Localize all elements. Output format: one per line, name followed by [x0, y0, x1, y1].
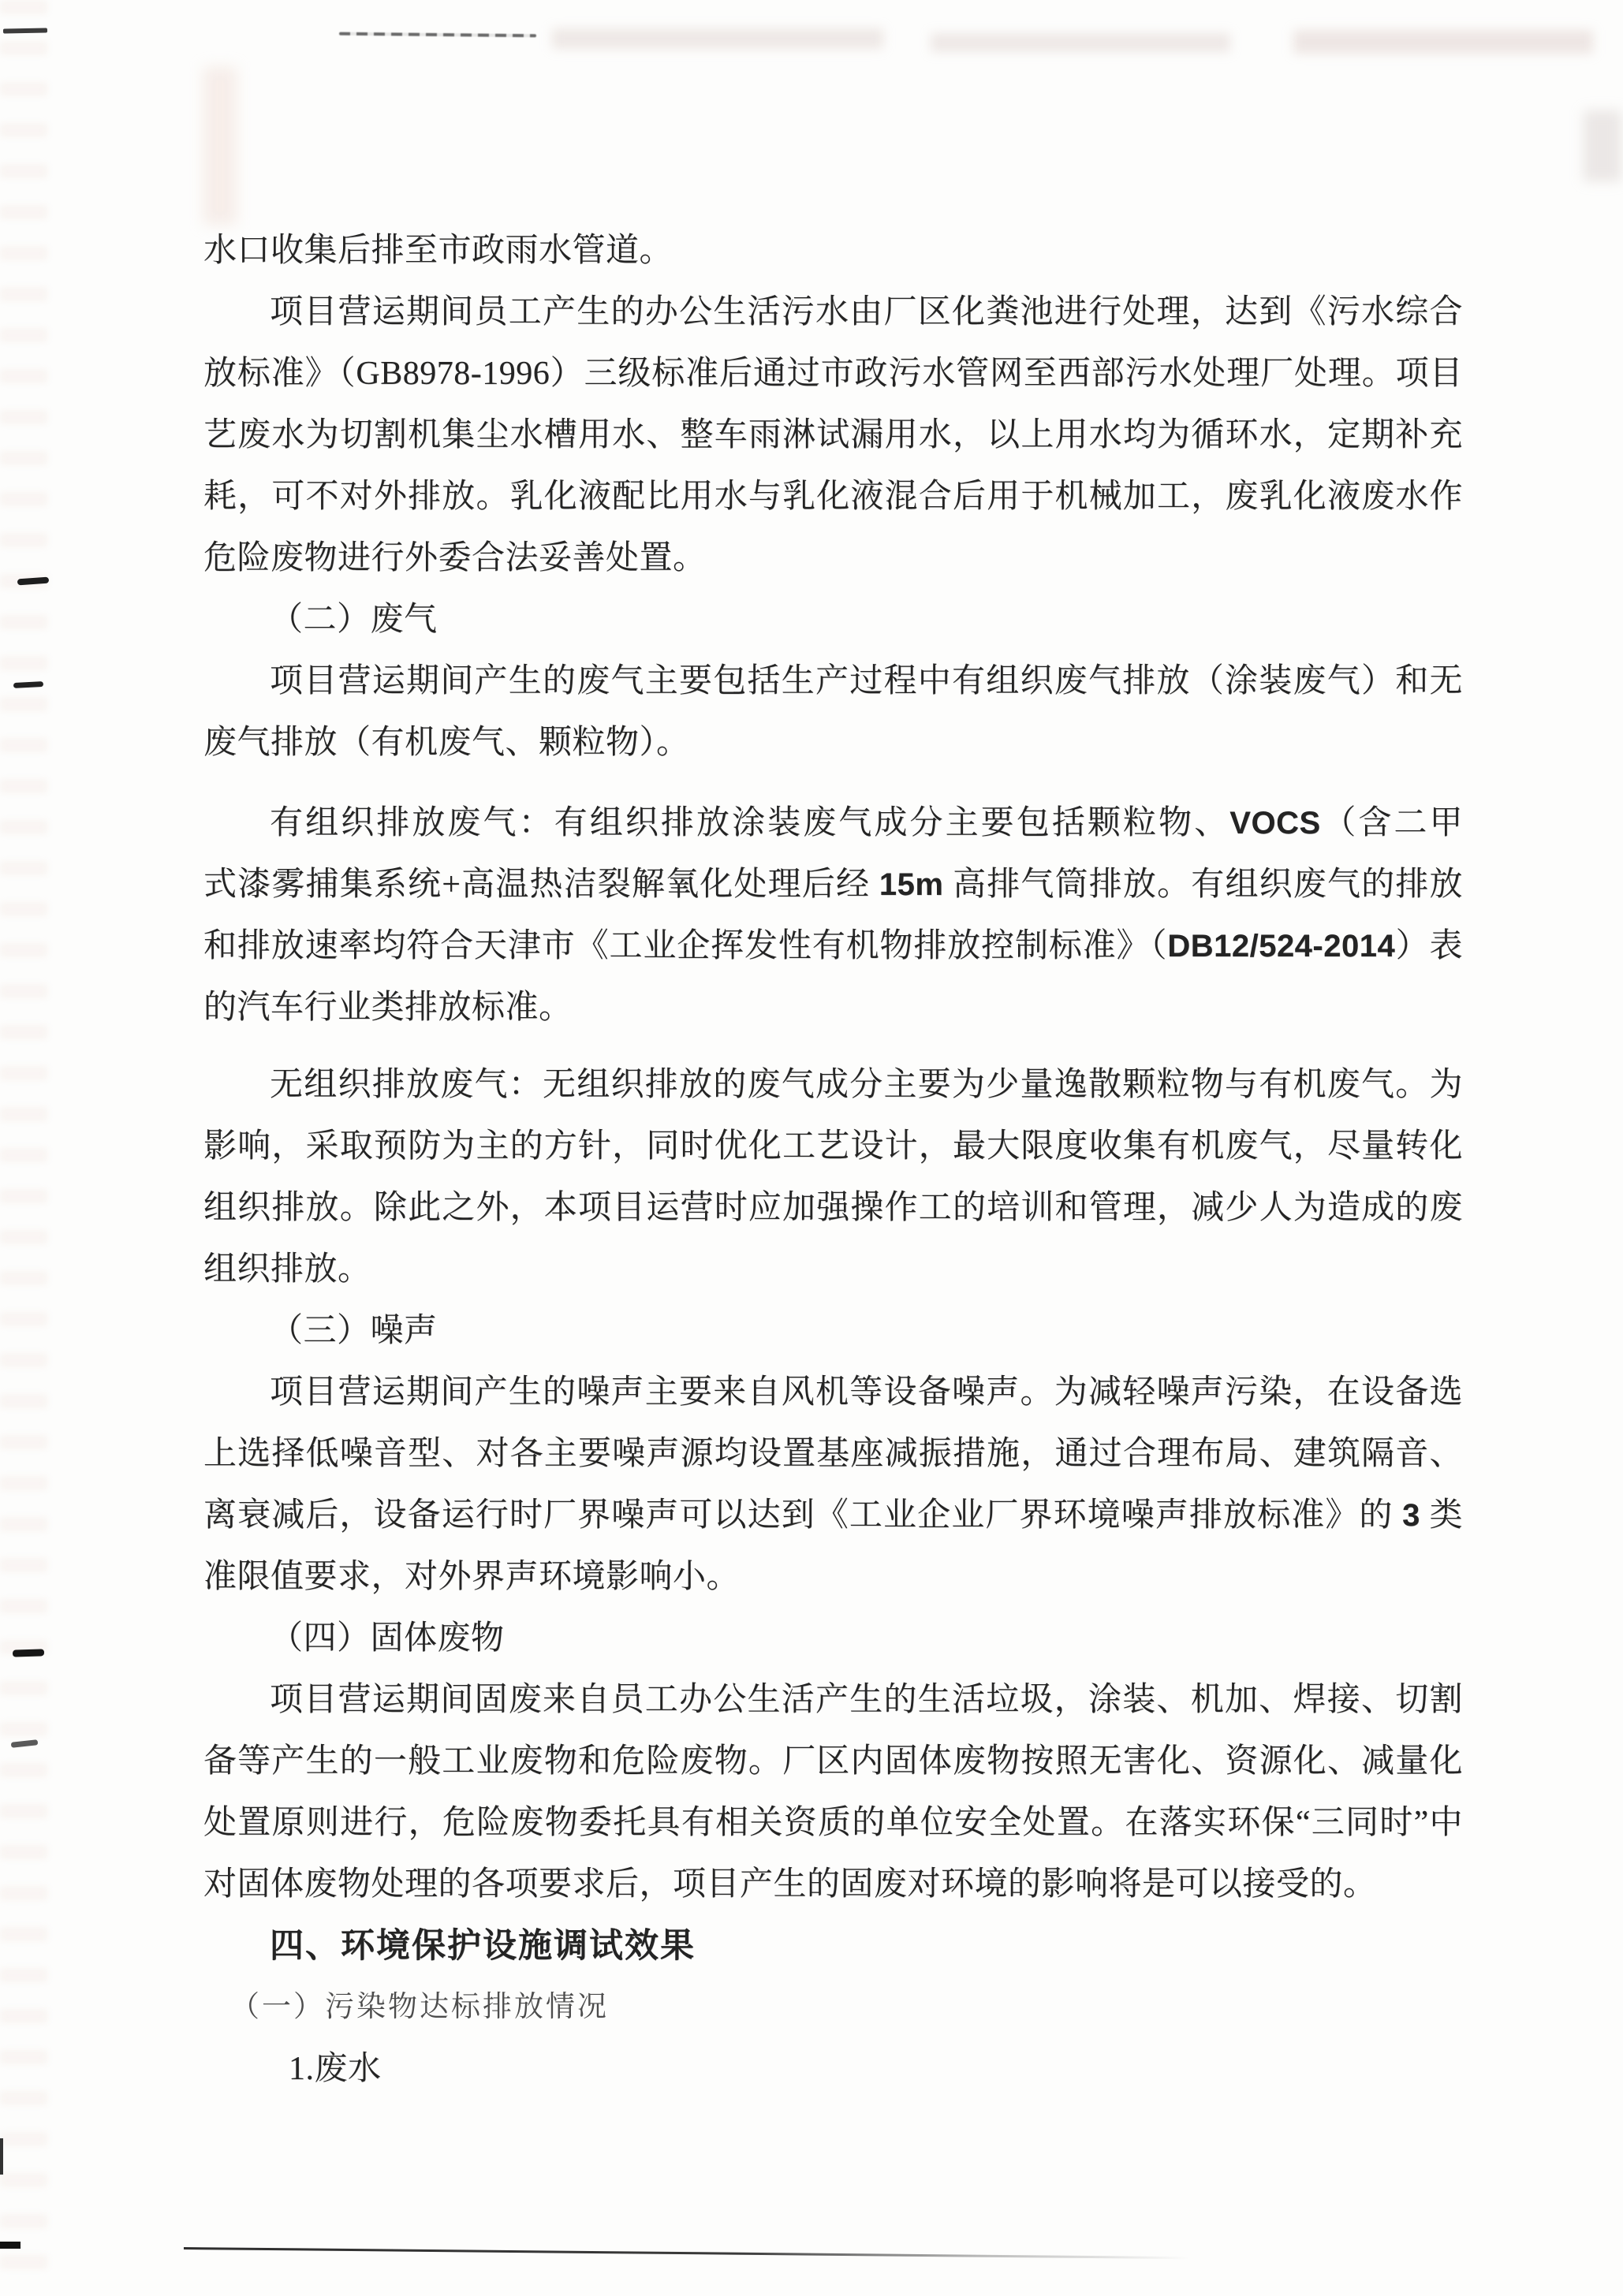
text-run-latin: 15m [879, 867, 944, 902]
body-line: 有组织排放废气：有组织排放涂装废气成分主要包括颗粒物、VOCS（含二甲苯），经干 [203, 792, 1463, 854]
body-line: 和排放速率均符合天津市《工业企挥发性有机物排放控制标准》（DB12/524-20… [203, 915, 1463, 977]
body-line: 的汽车行业类排放标准。 [203, 977, 1463, 1038]
text-run: ）表 [1395, 928, 1463, 964]
scan-artifact-top-smudge [1293, 30, 1593, 54]
subsection-heading-solid-waste: （四）固体废物 [203, 1608, 1463, 1669]
scan-artifact-pink-streak [203, 67, 237, 225]
body-line: 废气排放（有机废气、颗粒物）。 [203, 712, 1463, 773]
subsection-heading-pollutant-compliance: （一）污染物达标排放情况 [203, 1977, 1463, 2038]
body-line: 备等产生的一般工业废物和危险废物。厂区内固体废物按照无害化、资源化、减量化的 [203, 1731, 1463, 1792]
body-line: 艺废水为切割机集尘水槽用水、整车雨淋试漏用水，以上用水均为循环水，定期补充水 [203, 404, 1463, 466]
text-run: 和排放速率均符合天津市《工业企挥发性有机物排放控制标准》（ [203, 928, 1167, 964]
scan-artifact-top-left-dash [3, 28, 47, 34]
body-line: 项目营运期间固废来自员工办公生活产生的生活垃圾，涂装、机加、焊接、切割设 [203, 1669, 1463, 1731]
body-line: 上选择低噪音型、对各主要噪声源均设置基座减振措施，通过合理布局、建筑隔音、距 [203, 1423, 1463, 1485]
body-line: 项目营运期间产生的废气主要包括生产过程中有组织废气排放（涂装废气）和无组织 [203, 650, 1463, 712]
scan-artifact-top-smudge [931, 33, 1230, 52]
body-line: 无组织排放废气：无组织排放的废气成分主要为少量逸散颗粒物与有机废气。为减轻 [203, 1054, 1463, 1116]
scan-artifact-top-scratch-line [339, 32, 536, 38]
body-line: 准限值要求，对外界声环境影响小。 [203, 1546, 1463, 1608]
text-run-latin: 3 [1402, 1498, 1420, 1533]
scan-artifact-margin-dash [13, 1649, 44, 1657]
scan-artifact-right-smudge [1584, 110, 1621, 181]
text-run-latin: VOCS [1229, 806, 1320, 840]
section-heading-chapter-four: 四、环境保护设施调试效果 [203, 1915, 1463, 1977]
body-line: 耗，可不对外排放。乳化液配比用水与乳化液混合后用于机械加工，废乳化液废水作为 [203, 466, 1463, 527]
text-run-latin: DB12/524-2014 [1167, 929, 1395, 963]
text-run: 式漆雾捕集系统+高温热洁裂解氧化处理后经 [203, 867, 879, 903]
scan-artifact-bottom-hairline [184, 2247, 1189, 2259]
body-line: 组织排放。 [203, 1239, 1463, 1300]
numbered-heading-wastewater: 1.废水 [203, 2038, 1463, 2100]
scan-artifact-top-smudge [552, 28, 883, 49]
body-line: 项目营运期间产生的噪声主要来自风机等设备噪声。为减轻噪声污染，在设备选型 [203, 1362, 1463, 1423]
text-run: 离衰减后，设备运行时厂界噪声可以达到《工业企业厂界环境噪声排放标准》的 [203, 1497, 1402, 1534]
subsection-heading-noise: （三）噪声 [203, 1300, 1463, 1362]
subsection-heading-waste-gas: （二）废气 [203, 589, 1463, 650]
body-line: 项目营运期间员工产生的办公生活污水由厂区化粪池进行处理，达到《污水综合排 [203, 281, 1463, 343]
scan-artifact-bottom-left-dash [0, 2242, 21, 2249]
body-line: 式漆雾捕集系统+高温热洁裂解氧化处理后经 15m 高排气筒排放。有组织废气的排放… [203, 854, 1463, 915]
body-line: 对固体废物处理的各项要求后，项目产生的固废对环境的影响将是可以接受的。 [203, 1854, 1463, 1915]
body-line: 离衰减后，设备运行时厂界噪声可以达到《工业企业厂界环境噪声排放标准》的 3 类标 [203, 1485, 1463, 1546]
text-run: 有组织排放废气：有组织排放涂装废气成分主要包括颗粒物、 [270, 805, 1229, 841]
scan-artifact-bottom-left-line [0, 2138, 3, 2175]
body-line: 处置原则进行，危险废物委托具有相关资质的单位安全处置。在落实环保“三同时”中 [203, 1792, 1463, 1854]
document-body: 水口收集后排至市政雨水管道。 项目营运期间员工产生的办公生活污水由厂区化粪池进行… [203, 220, 1463, 2100]
body-line: 水口收集后排至市政雨水管道。 [203, 220, 1463, 281]
body-line: 组织排放。除此之外，本项目运营时应加强操作工的培训和管理，减少人为造成的废气无 [203, 1177, 1463, 1239]
body-line: 放标准》（GB8978-1996）三级标准后通过市政污水管网至西部污水处理厂处理… [203, 343, 1463, 404]
body-line: 影响，采取预防为主的方针，同时优化工艺设计，最大限度收集有机废气，尽量转化成有 [203, 1116, 1463, 1177]
scanned-document-page: 水口收集后排至市政雨水管道。 项目营运期间员工产生的办公生活污水由厂区化粪池进行… [0, 0, 1623, 2296]
body-line: 危险废物进行外委合法妥善处置。 [203, 527, 1463, 589]
scan-artifact-left-edge-tint [0, 0, 47, 2296]
